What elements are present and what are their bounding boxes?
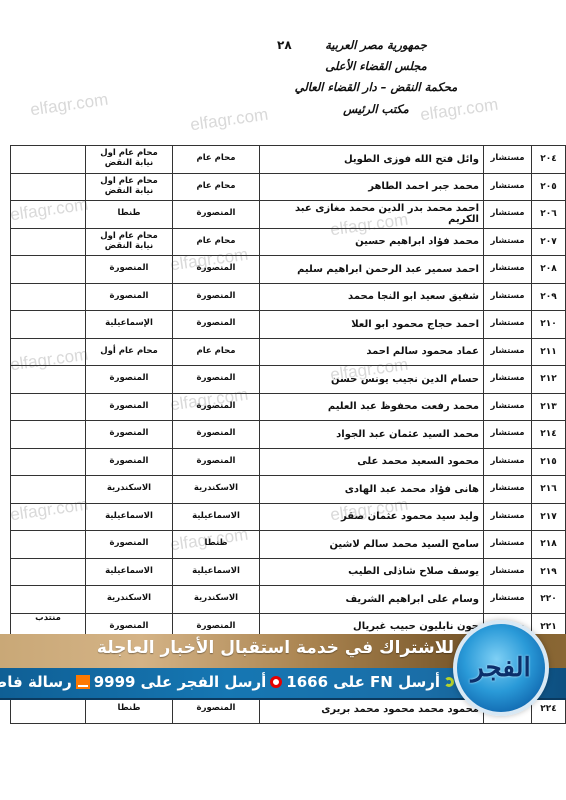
cell-court: محام عام	[173, 338, 260, 366]
document-header: جمهورية مصر العربية مجلس القضاء الأعلى م…	[0, 38, 566, 138]
table-row: ٢١٩مستشاريوسف صلاح شاذلى الطيبالاسماعيلي…	[11, 558, 566, 586]
cell-court: المنصورة	[173, 393, 260, 421]
cell-name: احمد محمد بدر الدين محمد مغازى عبد الكري…	[260, 201, 484, 229]
cell-note	[11, 531, 86, 559]
cell-court: محام عام	[173, 228, 260, 256]
cell-num: ٢٠٦	[532, 201, 566, 229]
cell-num: ٢٢٠	[532, 586, 566, 614]
table-row: ٢١١مستشارعماد محمود سالم احمدمحام عاممحا…	[11, 338, 566, 366]
cell-num: ٢٠٥	[532, 173, 566, 201]
cell-court: الاسماعيلية	[173, 558, 260, 586]
cell-dest: المنصورة	[86, 283, 173, 311]
cell-dest: المنصورة	[86, 366, 173, 394]
table-row: ٢٠٤مستشاروائل فتح الله فوزى الطويلمحام ع…	[11, 146, 566, 174]
cell-dest: الإسماعيلية	[86, 311, 173, 339]
table-row: ٢٢٠مستشاروسام على ابراهيم الشريفالاسكندر…	[11, 586, 566, 614]
cell-dest: الاسكندرية	[86, 476, 173, 504]
cell-job: مستشار	[484, 228, 532, 256]
cell-court: المنصورة	[173, 448, 260, 476]
cell-dest: طنطا	[86, 201, 173, 229]
cell-dest: محام عام أول	[86, 338, 173, 366]
cell-dest: الاسماعيلية	[86, 558, 173, 586]
table-row: ٢١٢مستشارحسام الدين نجيب يونس حسنالمنصور…	[11, 366, 566, 394]
cell-name: محمد جبر احمد الطاهر	[260, 173, 484, 201]
table-row: ٢١٥مستشارمحمود السعيد محمد علىالمنصورةال…	[11, 448, 566, 476]
cell-note	[11, 503, 86, 531]
cell-note	[11, 586, 86, 614]
cell-note	[11, 448, 86, 476]
cell-job: مستشار	[484, 503, 532, 531]
cell-dest: الاسماعيلية	[86, 503, 173, 531]
table-row: ٢١٤مستشارمحمد السيد عثمان عبد الجوادالمن…	[11, 421, 566, 449]
cell-name: محمد رفعت محفوظ عبد العليم	[260, 393, 484, 421]
cell-note	[11, 393, 86, 421]
cell-name: يوسف صلاح شاذلى الطيب	[260, 558, 484, 586]
cell-num: ٢٠٩	[532, 283, 566, 311]
cell-court: محام عام	[173, 146, 260, 174]
cell-note	[11, 476, 86, 504]
cell-job: مستشار	[484, 421, 532, 449]
cell-job: مستشار	[484, 558, 532, 586]
table-row: ٢١٨مستشارسامح السيد محمد سالم لاشينطنطاا…	[11, 531, 566, 559]
cell-job: مستشار	[484, 311, 532, 339]
cell-job: مستشار	[484, 476, 532, 504]
cell-court: محام عام	[173, 173, 260, 201]
cell-note	[11, 558, 86, 586]
logo-text: الفجر	[471, 653, 530, 683]
cell-job: مستشار	[484, 586, 532, 614]
cell-job: مستشار	[484, 531, 532, 559]
cell-name: محمود السعيد محمد على	[260, 448, 484, 476]
cell-note	[11, 228, 86, 256]
cell-name: عماد محمود سالم احمد	[260, 338, 484, 366]
cell-court: المنصورة	[173, 421, 260, 449]
table-row: ٢٠٦مستشاراحمد محمد بدر الدين محمد مغازى …	[11, 201, 566, 229]
header-line-republic: جمهورية مصر العربية	[266, 38, 486, 52]
cell-job: مستشار	[484, 366, 532, 394]
cell-court: المنصورة	[173, 311, 260, 339]
cell-name: حسام الدين نجيب يونس حسن	[260, 366, 484, 394]
header-line-court: محكمة النقض – دار القضاء العالي	[266, 80, 486, 94]
cell-job: مستشار	[484, 338, 532, 366]
cell-name: محمد السيد عثمان عبد الجواد	[260, 421, 484, 449]
cell-dest: المنصورة	[86, 256, 173, 284]
cell-note	[11, 256, 86, 284]
cell-court: الاسكندرية	[173, 476, 260, 504]
cell-name: وسام على ابراهيم الشريف	[260, 586, 484, 614]
table-row: ٢٠٧مستشارمحمد فؤاد ابراهيم حسينمحام عامم…	[11, 228, 566, 256]
header-line-council: مجلس القضاء الأعلى	[266, 59, 486, 73]
cell-job: مستشار	[484, 201, 532, 229]
table-row: ٢٠٩مستشارشفيق سعيد ابو النجا محمدالمنصور…	[11, 283, 566, 311]
table-row: ٢١٧مستشاروليد سيد محمود عثمان صقرالاسماع…	[11, 503, 566, 531]
cell-court: المنصورة	[173, 366, 260, 394]
cell-court: المنصورة	[173, 283, 260, 311]
cell-name: محمد فؤاد ابراهيم حسين	[260, 228, 484, 256]
cell-name: شفيق سعيد ابو النجا محمد	[260, 283, 484, 311]
cell-dest: المنصورة	[86, 421, 173, 449]
orange-text: رسالة فاضية على4529	[0, 673, 72, 691]
table-row: ٢١٠مستشاراحمد حجاج محمود ابو العلاالمنصو…	[11, 311, 566, 339]
cell-num: ٢١٠	[532, 311, 566, 339]
cell-name: احمد سمير عبد الرحمن ابراهيم سليم	[260, 256, 484, 284]
etisalat-text: أرسل FN على 1666	[286, 673, 440, 691]
cell-note	[11, 421, 86, 449]
banner-headline: للاشتراك في خدمة استقبال الأخبار العاجلة	[97, 638, 454, 658]
cell-court: طنطا	[173, 531, 260, 559]
cell-dest: الاسكندرية	[86, 586, 173, 614]
elfagr-logo[interactable]: الفجر	[453, 620, 549, 716]
etisalat-icon	[444, 677, 454, 687]
cell-job: مستشار	[484, 393, 532, 421]
cell-note	[11, 311, 86, 339]
cell-num: ٢٠٨	[532, 256, 566, 284]
cell-dest: المنصورة	[86, 393, 173, 421]
cell-note	[11, 366, 86, 394]
cell-note	[11, 283, 86, 311]
cell-num: ٢١٣	[532, 393, 566, 421]
cell-dest: المنصورة	[86, 531, 173, 559]
cell-dest: المنصورة	[86, 448, 173, 476]
cell-court: المنصورة	[173, 256, 260, 284]
cell-num: ٢١٥	[532, 448, 566, 476]
cell-job: مستشار	[484, 256, 532, 284]
cell-job: مستشار	[484, 146, 532, 174]
cell-court: الاسماعيلية	[173, 503, 260, 531]
vodafone-icon	[270, 676, 282, 688]
cell-court: الاسكندرية	[173, 586, 260, 614]
cell-note	[11, 338, 86, 366]
cell-num: ٢٠٧	[532, 228, 566, 256]
cell-job: مستشار	[484, 448, 532, 476]
cell-name: احمد حجاج محمود ابو العلا	[260, 311, 484, 339]
cell-num: ٢١٦	[532, 476, 566, 504]
header-line-office: مكتب الرئيس	[266, 102, 486, 116]
cell-dest: محام عام اول نيابة النقض	[86, 228, 173, 256]
orange-icon	[76, 675, 90, 689]
vodafone-text: أرسل الفجر على 9999	[94, 673, 267, 691]
cell-num: ٢١٤	[532, 421, 566, 449]
cell-num: ٢١١	[532, 338, 566, 366]
cell-name: وائل فتح الله فوزى الطويل	[260, 146, 484, 174]
cell-court: المنصورة	[173, 201, 260, 229]
page-number: ٢٨	[277, 38, 292, 52]
table-row: ٢٠٥مستشارمحمد جبر احمد الطاهرمحام عاممحا…	[11, 173, 566, 201]
cell-num: ٢٠٤	[532, 146, 566, 174]
cell-name: وليد سيد محمود عثمان صقر	[260, 503, 484, 531]
cell-note	[11, 146, 86, 174]
cell-dest: محام عام اول نيابة النقض	[86, 146, 173, 174]
cell-num: ٢١٧	[532, 503, 566, 531]
cell-job: مستشار	[484, 283, 532, 311]
cell-name: هانى فؤاد محمد عبد الهادى	[260, 476, 484, 504]
cell-name: سامح السيد محمد سالم لاشين	[260, 531, 484, 559]
cell-num: ٢١٢	[532, 366, 566, 394]
cell-note	[11, 173, 86, 201]
cell-num: ٢١٨	[532, 531, 566, 559]
cell-num: ٢١٩	[532, 558, 566, 586]
table-row: ٢٠٨مستشاراحمد سمير عبد الرحمن ابراهيم سل…	[11, 256, 566, 284]
cell-dest: محام عام اول نيابة النقض	[86, 173, 173, 201]
table-row: ٢١٣مستشارمحمد رفعت محفوظ عبد العليمالمنص…	[11, 393, 566, 421]
table-row: ٢١٦مستشارهانى فؤاد محمد عبد الهادىالاسكن…	[11, 476, 566, 504]
cell-note	[11, 201, 86, 229]
cell-job: مستشار	[484, 173, 532, 201]
